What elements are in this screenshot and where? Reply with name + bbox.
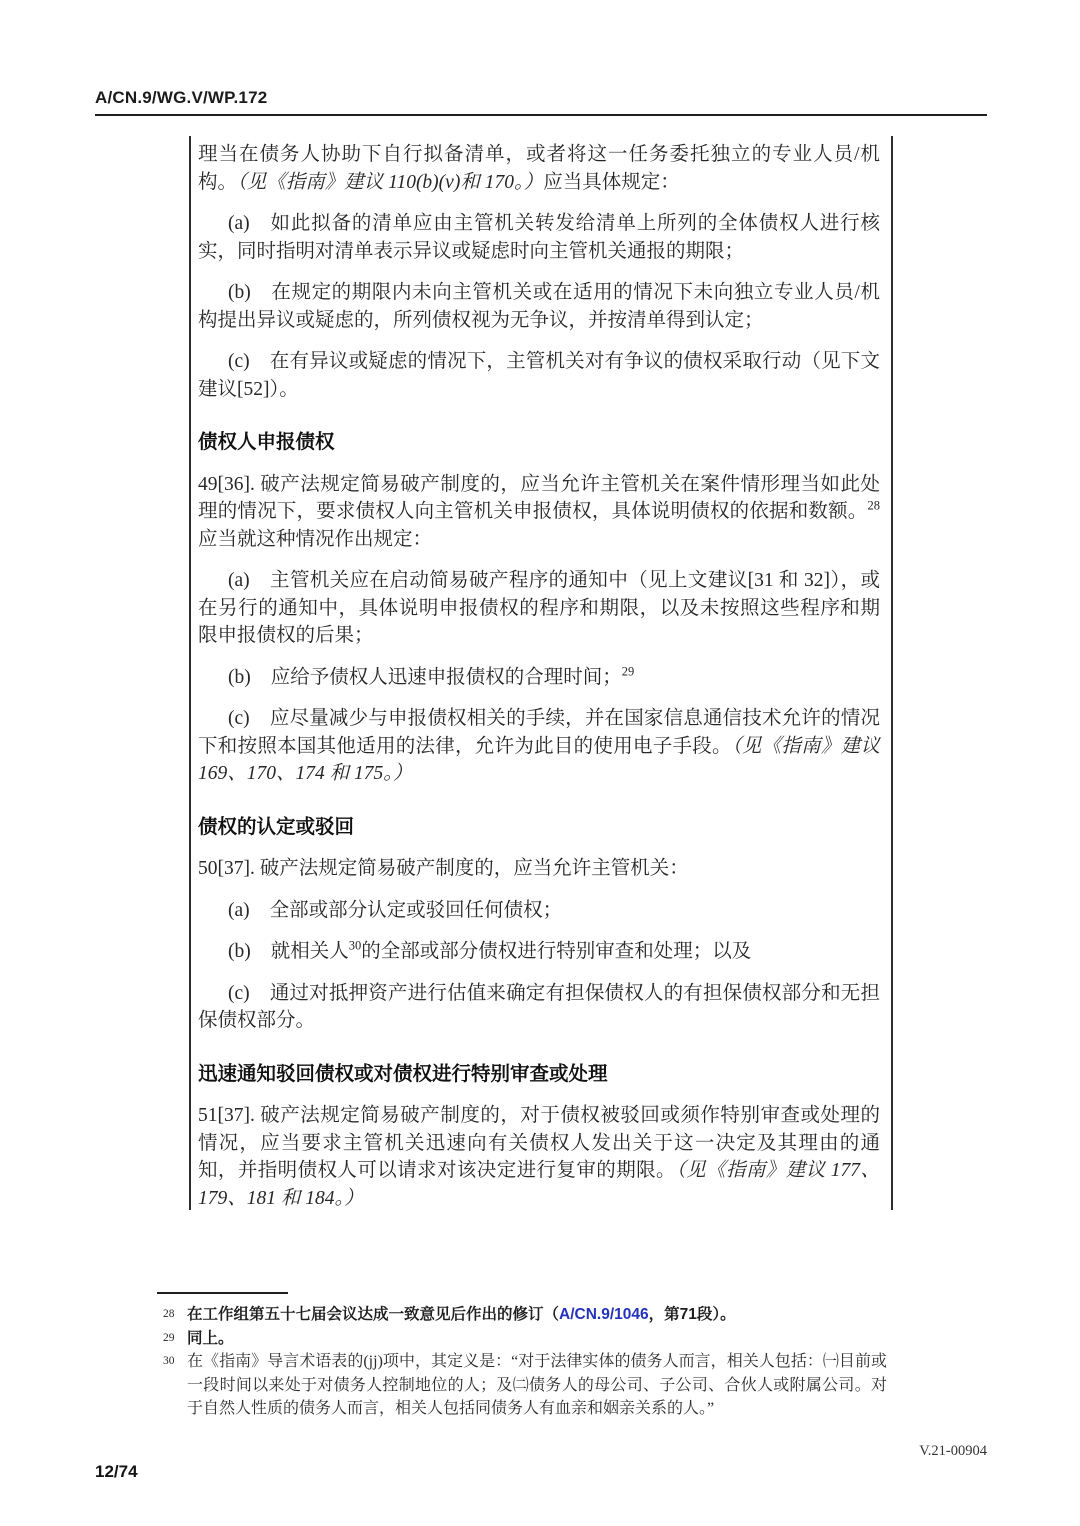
section-heading: 迅速通知驳回债权或对债权进行特别审查或处理 bbox=[198, 1061, 880, 1089]
text-run: 同上。 bbox=[187, 1330, 234, 1347]
text-run: 应当就这种情况作出规定： bbox=[198, 529, 432, 550]
change-bar-right bbox=[891, 136, 893, 1210]
list-marker: (c) bbox=[228, 351, 250, 372]
document-page: A/CN.9/WG.V/WP.172 理当在债务人协助下自行拟备清单，或者将这一… bbox=[0, 0, 1080, 1526]
change-bar-left bbox=[189, 136, 191, 1210]
body-paragraph: 51[37]. 破产法规定简易破产制度的，对于债权被驳回或须作特别审查或处理的情… bbox=[198, 1102, 880, 1212]
list-marker: (a) bbox=[228, 213, 250, 234]
list-marker: (b) bbox=[228, 941, 251, 962]
footnote-text: 在《指南》导言术语表的(jj)项中，其定义是：“对于法律实体的债务人而言，相关人… bbox=[187, 1350, 887, 1421]
section-heading: 债权的认定或驳回 bbox=[198, 814, 880, 842]
list-marker: (c) bbox=[228, 708, 250, 729]
list-item: (b)应给予债权人迅速申报债权的合理时间；29 bbox=[198, 664, 880, 692]
list-marker: (a) bbox=[228, 570, 250, 591]
footnote-number: 29 bbox=[163, 1327, 187, 1348]
text-run: 主管机关应在启动简易破产程序的通知中（见上文建议[31 和 32]），或在另行的… bbox=[198, 570, 880, 646]
text-run: 应给予债权人迅速申报债权的合理时间； bbox=[271, 667, 622, 688]
footnote-text: 在工作组第五十七届会议达成一致意见后作出的修订（A/CN.9/1046，第71段… bbox=[187, 1303, 887, 1327]
footnote-text: 同上。 bbox=[187, 1327, 887, 1351]
text-run: 如此拟备的清单应由主管机关转发给清单上所列的全体债权人进行核实，同时指明对清单表… bbox=[198, 213, 880, 262]
text-run: 的全部或部分债权进行特别审查和处理；以及 bbox=[361, 941, 751, 962]
footnote-ref: 30 bbox=[349, 939, 362, 953]
footnote: 29同上。 bbox=[163, 1327, 887, 1351]
footnote-number: 30 bbox=[163, 1350, 187, 1371]
text-run: 50[37]. 破产法规定简易破产制度的，应当允许主管机关： bbox=[198, 858, 689, 879]
footnote: 30在《指南》导言术语表的(jj)项中，其定义是：“对于法律实体的债务人而言，相… bbox=[163, 1350, 887, 1421]
text-run: 迅速通知驳回债权或对债权进行特别审查或处理 bbox=[198, 1064, 608, 1085]
text-run: 在有异议或疑虑的情况下，主管机关对有争议的债权采取行动（见下文建议[52]）。 bbox=[198, 351, 880, 400]
text-run: 全部或部分认定或驳回任何债权； bbox=[270, 900, 563, 921]
body-paragraph: 49[36]. 破产法规定简易破产制度的，应当允许主管机关在案件情形理当如此处理… bbox=[198, 471, 880, 554]
list-item: (a)如此拟备的清单应由主管机关转发给清单上所列的全体债权人进行核实，同时指明对… bbox=[198, 210, 880, 265]
body-paragraph: 理当在债务人协助下自行拟备清单，或者将这一任务委托独立的专业人员/机构。（见《指… bbox=[198, 141, 880, 196]
list-item: (a)主管机关应在启动简易破产程序的通知中（见上文建议[31 和 32]），或在… bbox=[198, 567, 880, 650]
list-item: (b)在规定的期限内未向主管机关或在适用的情况下未向独立专业人员/机构提出异议或… bbox=[198, 279, 880, 334]
footnote-separator bbox=[157, 1292, 288, 1294]
text-run: 通过对抵押资产进行估值来确定有担保债权人的有担保债权部分和无担保债权部分。 bbox=[198, 983, 880, 1032]
list-item: (a)全部或部分认定或驳回任何债权； bbox=[198, 897, 880, 925]
footnote-ref: 28 bbox=[868, 499, 881, 513]
footnote: 28在工作组第五十七届会议达成一致意见后作出的修订（A/CN.9/1046，第7… bbox=[163, 1303, 887, 1327]
text-run: 债权的认定或驳回 bbox=[198, 817, 354, 838]
text-run: 49[36]. 破产法规定简易破产制度的，应当允许主管机关在案件情形理当如此处理… bbox=[198, 474, 880, 523]
list-item: (c)应尽量减少与申报债权相关的手续，并在国家信息通信技术允许的情况下和按照本国… bbox=[198, 705, 880, 788]
guide-citation: （见《指南》建议 110(b)(v)和 170。） bbox=[237, 172, 543, 193]
text-run: 债权人申报债权 bbox=[198, 432, 335, 453]
footnotes-section: 28在工作组第五十七届会议达成一致意见后作出的修订（A/CN.9/1046，第7… bbox=[163, 1303, 887, 1421]
text-run: 应当具体规定： bbox=[543, 172, 680, 193]
document-id: V.21-00904 bbox=[919, 1443, 987, 1460]
text-run: 在工作组第五十七届会议达成一致意见后作出的修订（ bbox=[187, 1306, 559, 1323]
text-run: 在《指南》导言术语表的(jj)项中，其定义是：“对于法律实体的债务人而言，相关人… bbox=[187, 1353, 887, 1417]
list-item: (c)在有异议或疑虑的情况下，主管机关对有争议的债权采取行动（见下文建议[52]… bbox=[198, 348, 880, 403]
document-symbol: A/CN.9/WG.V/WP.172 bbox=[95, 88, 267, 108]
list-marker: (a) bbox=[228, 900, 250, 921]
list-item: (b)就相关人30的全部或部分债权进行特别审查和处理；以及 bbox=[198, 938, 880, 966]
text-run: 就相关人 bbox=[271, 941, 349, 962]
header-rule bbox=[95, 114, 987, 116]
section-heading: 债权人申报债权 bbox=[198, 429, 880, 457]
footnote-number: 28 bbox=[163, 1303, 187, 1324]
list-marker: (c) bbox=[228, 983, 250, 1004]
footnote-ref: 29 bbox=[622, 664, 635, 678]
list-item: (c)通过对抵押资产进行估值来确定有担保债权人的有担保债权部分和无担保债权部分。 bbox=[198, 980, 880, 1035]
page-number: 12/74 bbox=[95, 1462, 138, 1482]
text-run: ，第71段）。 bbox=[649, 1306, 736, 1323]
list-marker: (b) bbox=[228, 282, 251, 303]
body-paragraph: 50[37]. 破产法规定简易破产制度的，应当允许主管机关： bbox=[198, 855, 880, 883]
list-marker: (b) bbox=[228, 667, 251, 688]
document-body: 理当在债务人协助下自行拟备清单，或者将这一任务委托独立的专业人员/机构。（见《指… bbox=[198, 136, 880, 1212]
text-run: 在规定的期限内未向主管机关或在适用的情况下未向独立专业人员/机构提出异议或疑虑的… bbox=[198, 282, 880, 331]
doc-reference-link[interactable]: A/CN.9/1046 bbox=[559, 1306, 649, 1323]
